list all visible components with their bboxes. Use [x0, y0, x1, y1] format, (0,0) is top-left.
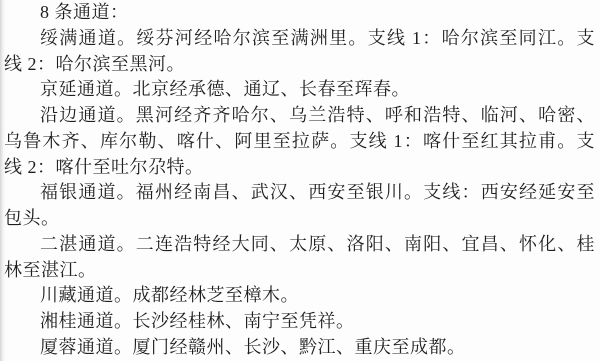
- document-line: 线 2：哈尔滨至黑河。: [4, 52, 595, 78]
- document-line: 京延通道。北京经承德、通辽、长春至珲春。: [4, 77, 595, 103]
- document-line: 绥满通道。绥芬河经哈尔滨至满洲里。支线 1：哈尔滨至同江。支: [4, 26, 595, 52]
- document-line: 乌鲁木齐、库尔勒、喀什、阿里至拉萨。支线 1：喀什至红其拉甫。支: [4, 129, 595, 155]
- document-text-block: 8 条通道： 绥满通道。绥芬河经哈尔滨至满洲里。支线 1：哈尔滨至同江。支 线 …: [4, 0, 595, 361]
- document-line: 二湛通道。二连浩特经大同、太原、洛阳、南阳、宜昌、怀化、桂: [4, 232, 595, 258]
- heading-line: 8 条通道：: [4, 0, 595, 26]
- document-line: 线 2：喀什至吐尔尕特。: [4, 155, 595, 181]
- document-line: 川藏通道。成都经林芝至樟木。: [4, 283, 595, 309]
- document-line: 林至湛江。: [4, 258, 595, 284]
- scanned-document-page: 8 条通道： 绥满通道。绥芬河经哈尔滨至满洲里。支线 1：哈尔滨至同江。支 线 …: [0, 0, 600, 361]
- document-line: 湘桂通道。长沙经桂林、南宁至凭祥。: [4, 309, 595, 335]
- document-line: 厦蓉通道。厦门经赣州、长沙、黔江、重庆至成都。: [4, 335, 595, 361]
- document-line: 包头。: [4, 206, 595, 232]
- document-line: 福银通道。福州经南昌、武汉、西安至银川。支线：西安经延安至: [4, 180, 595, 206]
- document-line: 沿边通道。黑河经齐齐哈尔、乌兰浩特、呼和浩特、临河、哈密、: [4, 103, 595, 129]
